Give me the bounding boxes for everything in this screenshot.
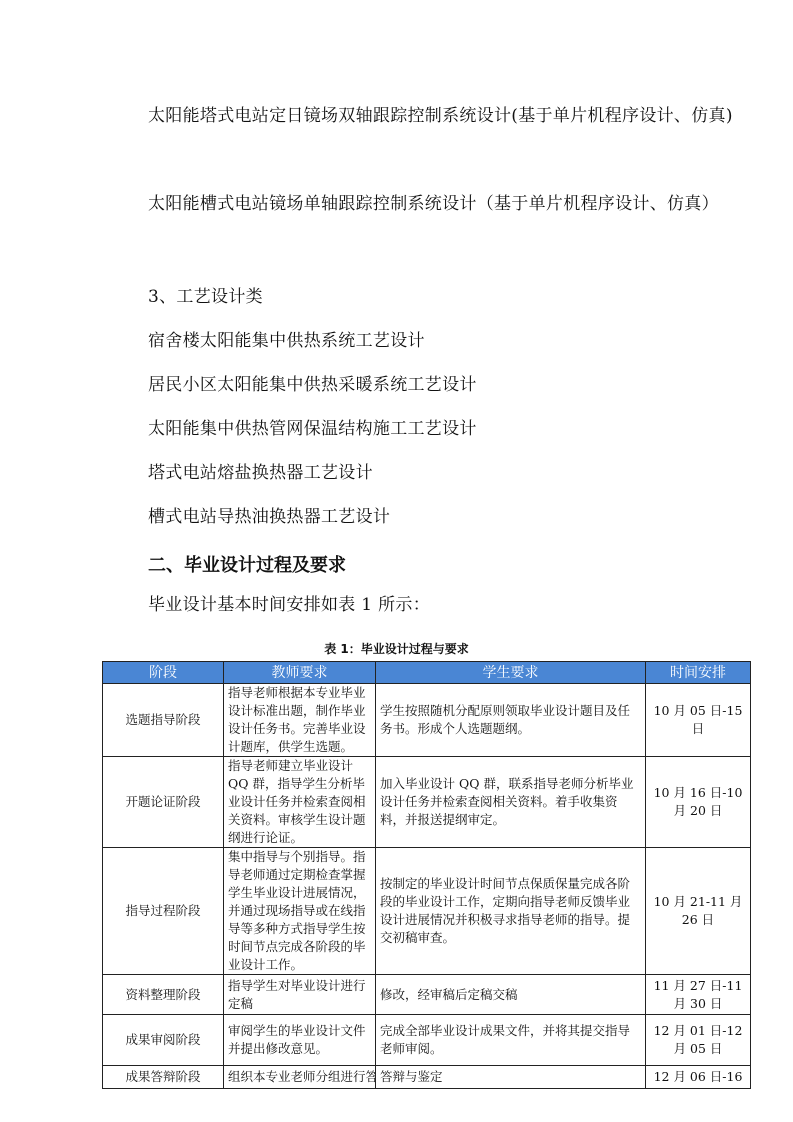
cell-time: 12 月 01 日-12 月 05 日 [646, 1015, 751, 1066]
table-caption: 表 1：毕业设计过程与要求 [0, 640, 793, 657]
cell-stage: 开题论证阶段 [103, 757, 224, 848]
cell-time: 10 月 16 日-10 月 20 日 [646, 757, 751, 848]
cell-time: 10 月 05 日-15 日 [646, 684, 751, 757]
schedule-table: 阶段 教师要求 学生要求 时间安排 选题指导阶段 指导老师根据本专业毕业设计标准… [102, 661, 751, 1089]
cell-student: 按制定的毕业设计时间节点保质保量完成各阶段的毕业设计工作，定期向指导老师反馈毕业… [376, 848, 646, 975]
cell-student: 学生按照随机分配原则领取毕业设计题目及任务书。形成个人选题题纲。 [376, 684, 646, 757]
cell-stage: 选题指导阶段 [103, 684, 224, 757]
cell-student: 答辩与鉴定 [376, 1066, 646, 1089]
cell-time: 11 月 27 日-11 月 30 日 [646, 975, 751, 1015]
paragraph-trough-tracking: 太阳能槽式电站镜场单轴跟踪控制系统设计（基于单片机程序设计、仿真） [114, 182, 744, 226]
table-row: 成果审阅阶段 审阅学生的毕业设计文件并提出修改意见。 完成全部毕业设计成果文件，… [103, 1015, 751, 1066]
table-row: 开题论证阶段 指导老师建立毕业设计 QQ 群，指导学生分析毕业设计任务并检索查阅… [103, 757, 751, 848]
cell-stage: 资料整理阶段 [103, 975, 224, 1015]
cell-student: 完成全部毕业设计成果文件，并将其提交指导老师审阅。 [376, 1015, 646, 1066]
table-row: 选题指导阶段 指导老师根据本专业毕业设计标准出题，制作毕业设计任务书。完善毕业设… [103, 684, 751, 757]
cell-teacher: 集中指导与个别指导。指导老师通过定期检查掌握学生毕业设计进展情况，并通过现场指导… [224, 848, 376, 975]
cell-teacher: 指导学生对毕业设计进行定稿 [224, 975, 376, 1015]
header-time: 时间安排 [646, 662, 751, 684]
header-teacher-req: 教师要求 [224, 662, 376, 684]
cell-stage: 指导过程阶段 [103, 848, 224, 975]
cell-student: 加入毕业设计 QQ 群，联系指导老师分析毕业设计任务并检索查阅相关资料。着手收集… [376, 757, 646, 848]
cell-time: 10 月 21-11 月 26 日 [646, 848, 751, 975]
paragraph-tower-tracking: 太阳能塔式电站定日镜场双轴跟踪控制系统设计(基于单片机程序设计、仿真) [114, 94, 744, 138]
cell-time: 12 月 06 日-16 [646, 1066, 751, 1089]
section-heading: 二、毕业设计过程及要求 [148, 551, 346, 577]
table-row: 资料整理阶段 指导学生对毕业设计进行定稿 修改，经审稿后定稿交稿 11 月 27… [103, 975, 751, 1015]
cell-teacher: 组织本专业老师分组进行答辩，并 [224, 1066, 376, 1089]
list-item: 太阳能集中供热管网保温结构施工工艺设计 [114, 407, 744, 451]
cell-stage: 成果审阅阶段 [103, 1015, 224, 1066]
list-item: 宿舍楼太阳能集中供热系统工艺设计 [114, 319, 744, 363]
list-item: 槽式电站导热油换热器工艺设计 [114, 495, 744, 539]
table-row: 指导过程阶段 集中指导与个别指导。指导老师通过定期检查掌握学生毕业设计进展情况，… [103, 848, 751, 975]
cell-teacher: 指导老师根据本专业毕业设计标准出题，制作毕业设计任务书。完善毕业设计题库，供学生… [224, 684, 376, 757]
cell-stage: 成果答辩阶段 [103, 1066, 224, 1089]
table-row: 成果答辩阶段 组织本专业老师分组进行答辩，并 答辩与鉴定 12 月 06 日-1… [103, 1066, 751, 1089]
cell-teacher: 审阅学生的毕业设计文件并提出修改意见。 [224, 1015, 376, 1066]
header-stage: 阶段 [103, 662, 224, 684]
list-item: 塔式电站熔盐换热器工艺设计 [114, 451, 744, 495]
header-student-req: 学生要求 [376, 662, 646, 684]
section-intro: 毕业设计基本时间安排如表 1 所示： [114, 583, 744, 627]
cell-student: 修改，经审稿后定稿交稿 [376, 975, 646, 1015]
list-item: 居民小区太阳能集中供热采暖系统工艺设计 [114, 363, 744, 407]
cell-teacher: 指导老师建立毕业设计 QQ 群，指导学生分析毕业设计任务并检索查阅相关资料。审核… [224, 757, 376, 848]
section-title-process-design: 3、工艺设计类 [114, 275, 744, 319]
table-header-row: 阶段 教师要求 学生要求 时间安排 [103, 662, 751, 684]
